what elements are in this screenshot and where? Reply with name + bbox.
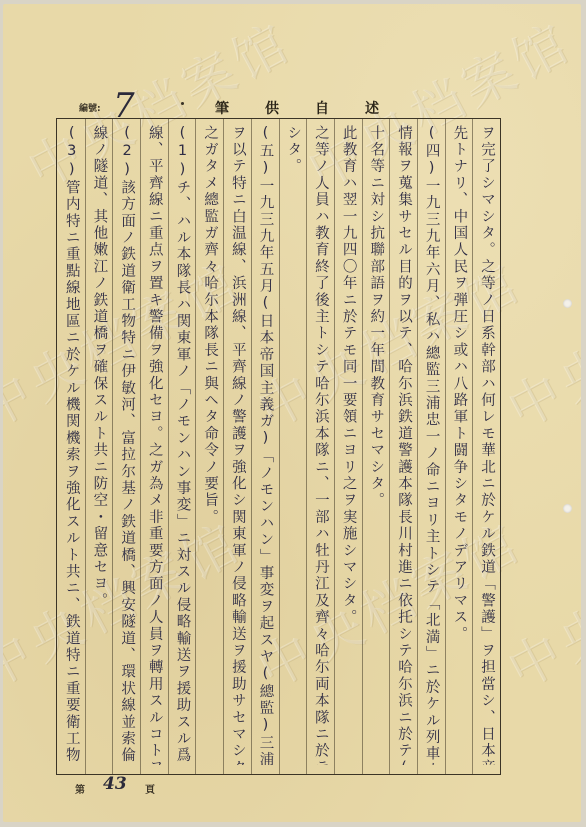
page-suffix: 頁 (145, 781, 155, 796)
manuscript-grid: ヲ完了シマシタ。之等ノ日系幹部ハ何レモ華北ニ於ケル鉄道「警護」ヲ担當シ、日本帝国… (56, 118, 501, 775)
text-column: (四)一九三九年六月、私ハ總監三浦忠一ノ命ニヨリ主トシテ「北満」ニ於ケル列車内及… (417, 125, 445, 765)
page-prefix: 第 (75, 781, 85, 796)
title-char: 筆 (215, 98, 229, 118)
watermark-text: 中央档案馆 (492, 240, 581, 442)
text-column: 情報ヲ蒐集サセル目的ヲ以テ、哈尓浜鉄道警護本隊長川村進ニ依托シテ哈尓浜ニ於テ(日… (389, 125, 417, 765)
binding-hole (563, 504, 572, 513)
text-column: ヲ以テ特ニ白温線、浜洲線、平齊線ノ警護ヲ強化シ関東軍ノ侵略輸送ヲ援助サセマシタ。 (223, 125, 251, 765)
serial-number-label: 編號: (79, 101, 101, 114)
text-column: シタ。 (279, 125, 307, 765)
text-column: ヲ完了シマシタ。之等ノ日系幹部ハ何レモ華北ニ於ケル鉄道「警護」ヲ担當シ、日本帝国… (472, 125, 500, 765)
title-char: 供 (265, 98, 279, 118)
title-char: 述 (365, 98, 379, 118)
watermark-text: 中央档案馆 (492, 500, 581, 702)
text-column: (3)管内特ニ重點線地區ニ於ケル機関機索ヲ強化スルト共ニ、鉄道特ニ重要衛工物ノ破… (57, 125, 85, 765)
text-column: (2)該方面ノ鉄道衛工物特ニ伊敏河、富拉尔基ノ鉄道橋、興安隧道、環状線並索倫以西… (112, 125, 140, 765)
text-column: 之ガタメ總監ガ齊々哈尓本隊長ニ與ヘタ命令ノ要旨。 (195, 125, 223, 765)
text-column: 先トナリ、中国人民ヲ弾圧シ或ハ八路軍ト闘争シタモノデアリマス。 (445, 125, 473, 765)
text-column: 線ノ隧道、其他嫩江ノ鉄道橋ヲ確保スルト共ニ防空・留意セヨ。 (85, 125, 113, 765)
text-column: 之等ノ人員ハ教育終了後主トシテ哈尓浜本隊ニ、一部ハ牡丹江及齊々哈尓両本隊ニ於テ勤… (306, 125, 334, 765)
text-column: (五)一九三九年五月(日本帝国主義ガ)「ノモンハン」事変ヲ起スヤ(總監)三浦忠一… (251, 125, 279, 765)
binding-hole (563, 299, 572, 308)
header-dot (181, 102, 184, 105)
text-column: (1)チ、ハル本隊長ハ関東軍ノ「ノモンハン事変」ニ対スル侵略輸送ヲ援助スル爲メ特… (168, 125, 196, 765)
title-char: 自 (315, 98, 329, 118)
page-number: 43 (103, 774, 127, 794)
text-column: 十名等ニ対シ抗聯部語ヲ約一年間教育サセマシタ。 (362, 125, 390, 765)
text-column: 此教育ハ翌一九四〇年ニ於テモ同一要領ニヨリ之ヲ実施シマシタ。 (334, 125, 362, 765)
document-page: 中央档案馆中央档案馆中央档案馆中央档案馆中央档案馆中央档案馆中央档案馆中央档案馆… (3, 4, 581, 822)
text-column: 線、平齊線ニ重点ヲ置キ警備ヲ強化セヨ。之ガ為メ非重要方面ノ人員ヲ轉用スルコトヲ得… (140, 125, 168, 765)
